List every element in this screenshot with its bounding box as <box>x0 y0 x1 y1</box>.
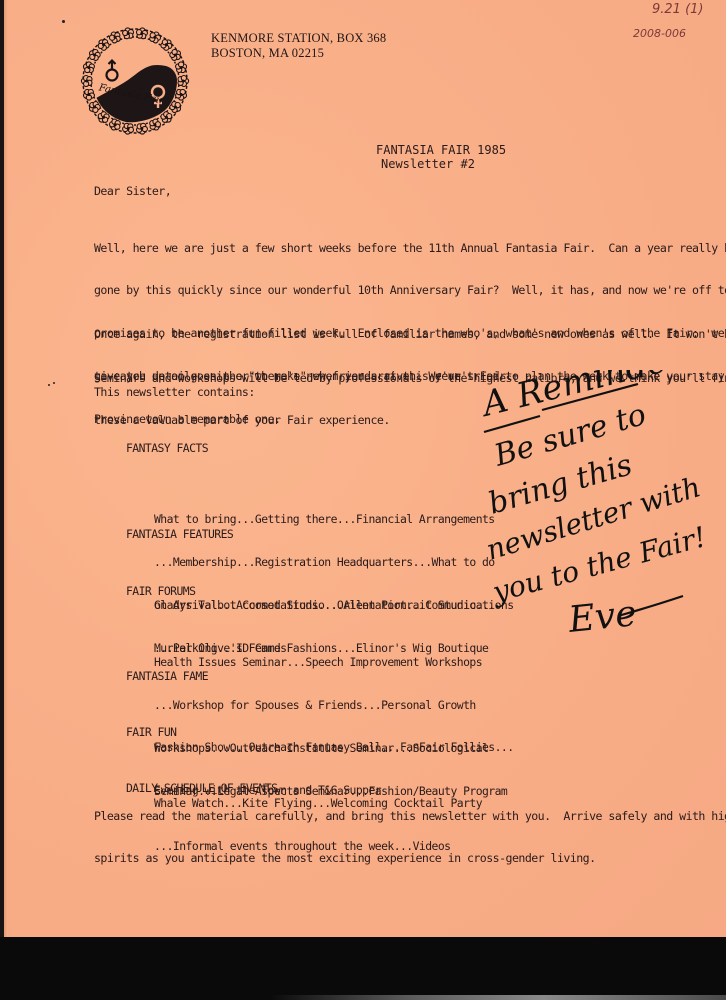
section-heading: FAIR FUN <box>126 725 482 739</box>
text-line: Well, here we are just a few short weeks… <box>94 241 726 255</box>
section-heading: FAIR FORUMS <box>126 584 507 598</box>
newsletter-title: FANTASIA FAIR 1985 Newsletter #2 <box>376 143 506 171</box>
closing-paragraph: Please read the material carefully, and … <box>94 780 726 894</box>
contents-intro: This newsletter contains: <box>94 385 255 399</box>
archive-note-1: 9.21 (1) <box>652 2 704 17</box>
address-line-1: KENMORE STATION, BOX 368 <box>211 31 386 46</box>
letterhead-address: KENMORE STATION, BOX 368 BOSTON, MA 0221… <box>211 31 386 61</box>
text-line: spirits as you anticipate the most excit… <box>94 851 726 865</box>
title-line-2: Newsletter #2 <box>376 157 506 171</box>
section-heading: FANTASIA FAME <box>126 669 514 683</box>
scanner-background <box>0 937 726 1000</box>
letter-page: Fantasia Fair KENMORE STATION, BOX 368 B… <box>4 0 726 938</box>
address-line-2: BOSTON, MA 02215 <box>211 46 386 61</box>
stray-mark <box>62 20 65 23</box>
salutation: Dear Sister, <box>94 184 171 198</box>
stray-mark <box>48 384 50 386</box>
text-line: Once again, the registration list is ful… <box>94 327 726 341</box>
title-line-1: FANTASIA FAIR 1985 <box>376 143 506 157</box>
section-heading: FANTASY FACTS <box>126 441 514 455</box>
text-line: Please read the material carefully, and … <box>94 809 726 823</box>
section-heading: FANTASIA FEATURES <box>126 527 495 541</box>
handwritten-reminder: A Reminder: Be sure to bring this newsle… <box>478 370 726 640</box>
archive-note-2: 2008-006 <box>633 27 686 40</box>
signature: Eve <box>566 593 639 640</box>
text-line: gone by this quickly since our wonderful… <box>94 283 726 297</box>
stray-mark <box>53 382 55 384</box>
fantasia-fair-logo: Fantasia Fair <box>76 22 194 140</box>
